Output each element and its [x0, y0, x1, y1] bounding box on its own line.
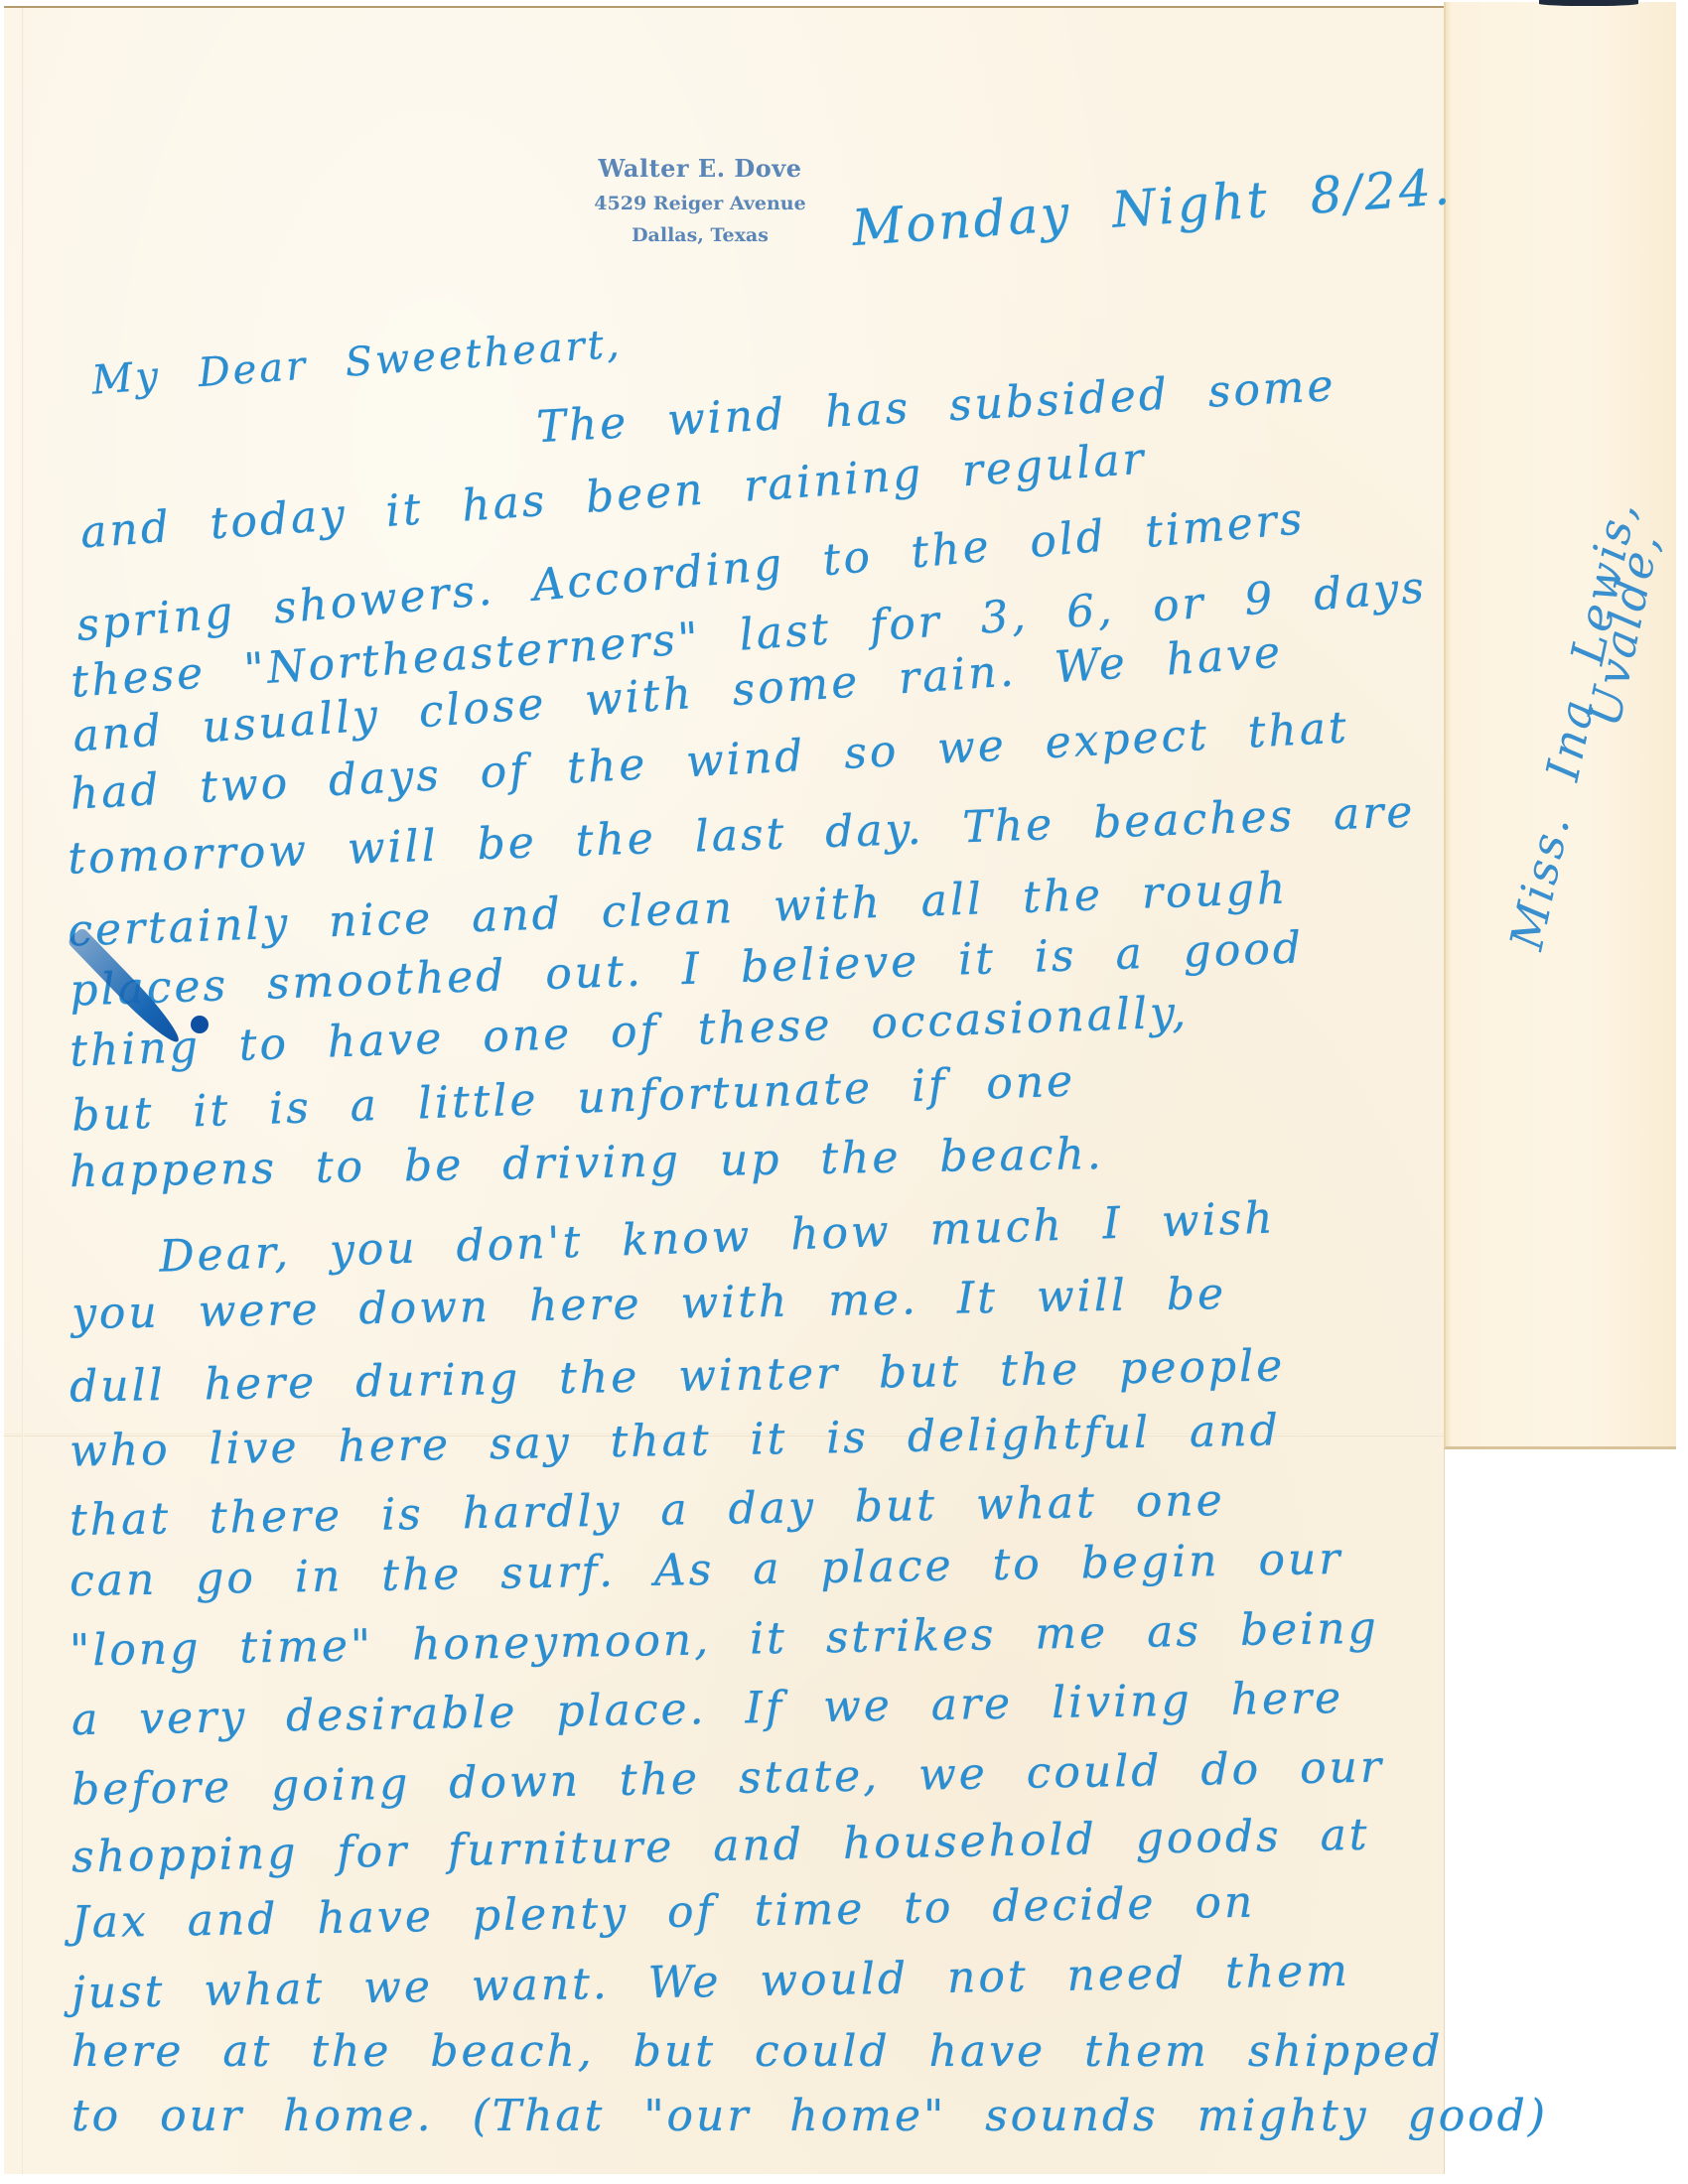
letterhead-city: Dallas, Texas	[571, 224, 829, 246]
ink-blot-drop	[191, 1016, 209, 1033]
letterhead-address: 4529 Reiger Avenue	[571, 193, 829, 214]
envelope-addressee: Miss. Ina Lewis, Uvalde,	[1489, 392, 1618, 948]
letterhead-name: Walter E. Dove	[571, 154, 829, 183]
letterhead: Walter E. Dove 4529 Reiger Avenue Dallas…	[571, 154, 829, 246]
fold-crease-vertical	[22, 8, 24, 2174]
flap-shadow	[1539, 0, 1638, 6]
letter-line: to our home. (That "our home" sounds mig…	[71, 2095, 1548, 2138]
letter-line: here at the beach, but could have them s…	[71, 2030, 1443, 2074]
